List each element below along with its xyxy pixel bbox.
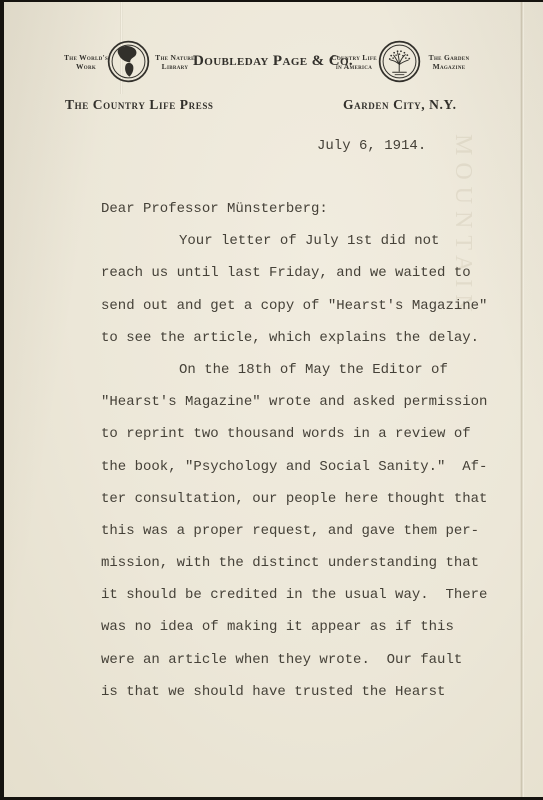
garden-tree-icon [378, 40, 421, 83]
letter-line: Dear Professor Münsterberg: [101, 193, 521, 225]
letter-line: this was a proper request, and gave them… [101, 515, 521, 547]
scan-background: { "colors": { "scan_edge": "#15130f", "p… [0, 0, 543, 800]
city-name: Garden City, N.Y. [343, 97, 457, 113]
garden-magazine-line2: Magazine [422, 63, 476, 72]
press-name: The Country Life Press [65, 97, 214, 113]
letter-line: to see the article, which explains the d… [101, 322, 521, 354]
letter-line: reach us until last Friday, and we waite… [101, 257, 521, 289]
letter-line: it should be credited in the usual way. … [101, 579, 521, 611]
letter-line: ter consultation, our people here though… [101, 483, 521, 515]
globe-americas-icon [107, 40, 150, 83]
worlds-work-line2: Work [59, 63, 113, 72]
letter-line: On the 18th of May the Editor of [101, 354, 521, 386]
letter-line: Your letter of July 1st did not [101, 225, 521, 257]
letter-line: mission, with the distinct understanding… [101, 547, 521, 579]
letterhead-garden-magazine: The Garden Magazine [422, 54, 476, 71]
letterhead-worlds-work: The World's Work [59, 54, 113, 71]
letter-line: is that we should have trusted the Hears… [101, 676, 521, 708]
letter-date: July 6, 1914. [317, 138, 426, 154]
letter-line: "Hearst's Magazine" wrote and asked perm… [101, 386, 521, 418]
letter-line: was no idea of making it appear as if th… [101, 611, 521, 643]
country-life-line2: in America [327, 63, 381, 72]
letter-line: the book, "Psychology and Social Sanity.… [101, 451, 521, 483]
letterhead-country-life: Country Life in America [327, 54, 381, 71]
letter-line: send out and get a copy of "Hearst's Mag… [101, 290, 521, 322]
letter-body: Dear Professor Münsterberg: Your letter … [101, 193, 521, 708]
letter-line: were an article when they wrote. Our fau… [101, 644, 521, 676]
letter-paper: MOUNTAIN The World's Work The Nature Lib… [4, 2, 543, 797]
letter-line: to reprint two thousand words in a revie… [101, 418, 521, 450]
